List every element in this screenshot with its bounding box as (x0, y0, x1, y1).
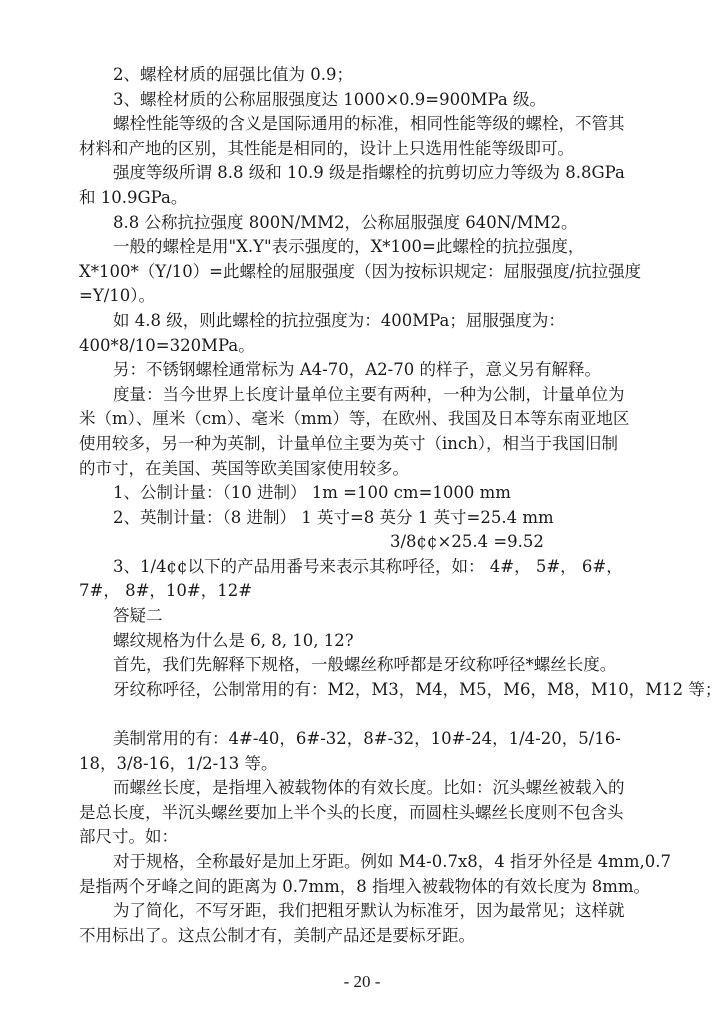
text-line: 8.8 公称抗拉强度 800N/MM2，公称屈服强度 640N/MM2。 (79, 211, 645, 236)
text-line: 18，3/8-16，1/2-13 等。 (79, 752, 645, 777)
text-line: 米（m）、厘米（cm）、毫米（mm）等，在欧州、我国及日本等东南亚地区 (79, 407, 645, 432)
text-line: 为了简化，不写牙距，我们把粗牙默认为标准牙，因为最常见；这样就 (79, 899, 645, 924)
text-line: 强度等级所谓 8.8 级和 10.9 级是指螺栓的抗剪切应力等级为 8.8GPa (79, 161, 645, 186)
text-line: 螺纹规格为什么是 6, 8, 10, 12? (79, 629, 645, 654)
text-line: 而螺丝长度，是指埋入被载物体的有效长度。比如：沉头螺丝被载入的 (79, 776, 645, 801)
text-line: X*100*（Y/10）=此螺栓的屈服强度（因为按标识规定：屈服强度/抗拉强度 (79, 260, 645, 285)
page-number: - 20 - (0, 972, 724, 992)
text-line: 度量：当今世界上长度计量单位主要有两种，一种为公制，计量单位为 (79, 383, 645, 408)
section-heading: 答疑二 (79, 604, 645, 629)
text-line: 使用较多，另一种为英制，计量单位主要为英寸（inch），相当于我国旧制 (79, 432, 645, 457)
text-line: 7#， 8#，10#，12# (79, 579, 645, 604)
text-line: 和 10.9GPa。 (79, 186, 645, 211)
text-line: 3、1/4¢¢以下的产品用番号来表示其称呼径，如： 4#， 5#， 6#， (79, 555, 645, 580)
text-line: 3/8¢¢×25.4 =9.52 (79, 530, 645, 555)
text-line: 首先，我们先解释下规格，一般螺丝称呼都是牙纹称呼径*螺丝长度。 (79, 653, 645, 678)
text-line: 牙纹称呼径，公制常用的有：M2，M3，M4，M5，M6，M8，M10，M12 等… (79, 678, 645, 703)
text-line: 不用标出了。这点公制才有，美制产品还是要标牙距。 (79, 924, 645, 949)
text-line: 2、英制计量：（8 进制） 1 英寸=8 英分 1 英寸=25.4 mm (79, 506, 645, 531)
text-line: 对于规格，全称最好是加上牙距。例如 M4-0.7x8，4 指牙外径是 4mm,0… (79, 850, 645, 875)
text-line: 部尺寸。如： (79, 825, 645, 850)
text-line: 3、螺栓材质的公称屈服强度达 1000×0.9=900MPa 级。 (79, 88, 645, 113)
text-line: 材料和产地的区别，其性能是相同的，设计上只选用性能等级即可。 (79, 137, 645, 162)
text-line: 螺栓性能等级的含义是国际通用的标准，相同性能等级的螺栓，不管其 (79, 112, 645, 137)
text-line: 美制常用的有：4#-40，6#-32，8#-32，10#-24，1/4-20，5… (79, 727, 645, 752)
blank-line (79, 702, 645, 727)
document-body: 2、螺栓材质的屈强比值为 0.9； 3、螺栓材质的公称屈服强度达 1000×0.… (79, 63, 645, 948)
text-line: 400*8/10=320MPa。 (79, 334, 645, 359)
text-line: 是总长度，半沉头螺丝要加上半个头的长度，而圆柱头螺丝长度则不包含头 (79, 801, 645, 826)
text-line: 的市寸，在美国、英国等欧美国家使用较多。 (79, 457, 645, 482)
text-line: 2、螺栓材质的屈强比值为 0.9； (79, 63, 645, 88)
text-line: 1、公制计量：（10 进制） 1m =100 cm=1000 mm (79, 481, 645, 506)
text-line: 是指两个牙峰之间的距离为 0.7mm，8 指埋入被载物体的有效长度为 8mm。 (79, 875, 645, 900)
text-line: 一般的螺栓是用"X.Y"表示强度的，X*100=此螺栓的抗拉强度， (79, 235, 645, 260)
text-line: 如 4.8 级，则此螺栓的抗拉强度为：400MPa；屈服强度为： (79, 309, 645, 334)
text-line: =Y/10）。 (79, 284, 645, 309)
text-line: 另：不锈钢螺栓通常标为 A4-70，A2-70 的样子，意义另有解释。 (79, 358, 645, 383)
